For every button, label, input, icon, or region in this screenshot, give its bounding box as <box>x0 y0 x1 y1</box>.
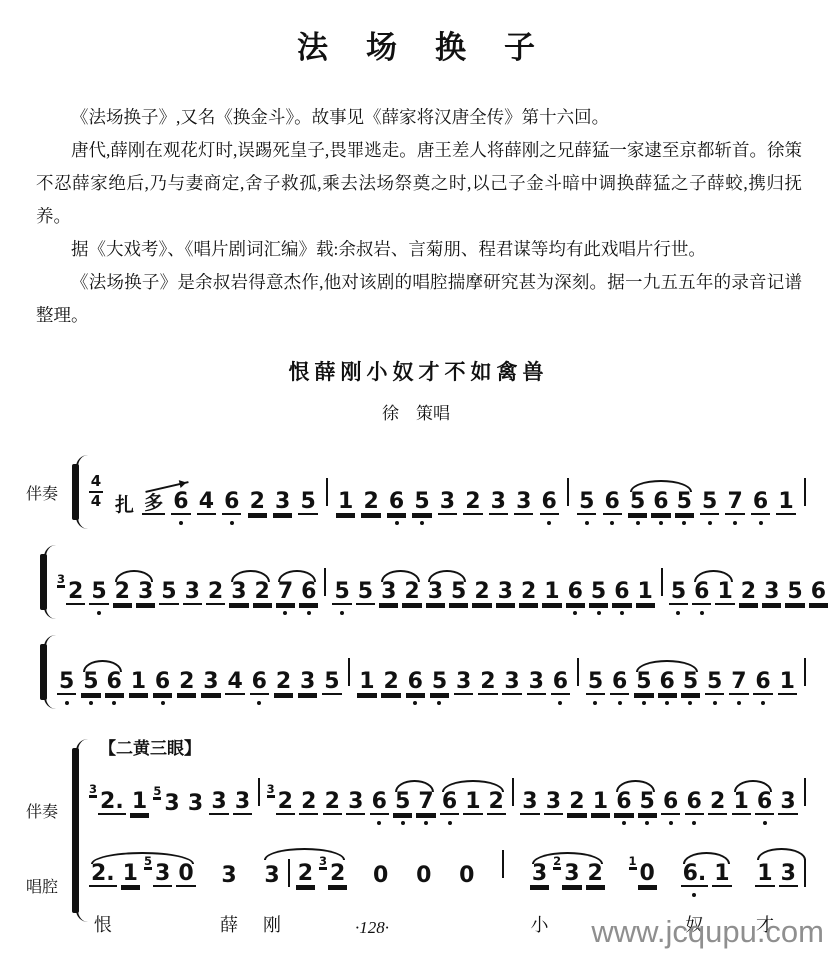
note: 3 <box>379 581 398 605</box>
note-glyph: 5 <box>89 581 108 605</box>
note-glyph: 3 <box>136 581 155 605</box>
accompaniment-label: 伴奏 <box>26 481 70 504</box>
note-glyph: 3 <box>544 791 563 815</box>
music-system-2: 325235323276553235232165615612356323276 <box>26 554 810 610</box>
note-glyph: 6 <box>370 791 389 815</box>
note-glyph: 5 <box>785 581 804 605</box>
note: 6 <box>171 491 190 515</box>
note: 3 <box>233 791 252 815</box>
note: 6 <box>222 491 241 515</box>
low-octave-dot <box>761 701 765 705</box>
low-octave-dot <box>620 611 624 615</box>
music-system-3: 556162346235126532336565655761 <box>26 644 810 700</box>
note-glyph: 1 <box>715 581 734 605</box>
note-glyph: 7 <box>725 491 744 515</box>
intro-paragraph: 《法场换子》是余叔岩得意杰作,他对该剧的唱腔揣摩研究甚为深刻。据一九五五年的录音… <box>36 266 802 332</box>
note-glyph: 6 <box>171 491 190 515</box>
note: 1 <box>357 671 376 695</box>
note: 6 <box>299 581 318 605</box>
note: 53 <box>153 793 181 815</box>
note: 2 <box>253 581 272 605</box>
note-glyph: 6 <box>440 791 459 815</box>
note: 6 <box>250 671 269 695</box>
low-octave-dot <box>676 611 680 615</box>
note: 6 <box>406 671 425 695</box>
note-glyph: 6. <box>681 863 709 887</box>
note: 6 <box>540 491 559 515</box>
note-glyph: 0 <box>457 865 476 887</box>
low-octave-dot <box>688 701 692 705</box>
note: 扎 <box>113 496 136 515</box>
low-octave-dot <box>713 701 717 705</box>
note: 1 <box>463 791 482 815</box>
note-glyph: 2 <box>487 791 506 815</box>
note-glyph: 7 <box>276 581 295 605</box>
note-glyph: 3 <box>527 671 546 695</box>
note-glyph: 6 <box>540 491 559 515</box>
note-glyph: 3 <box>183 581 202 605</box>
note-glyph: 3 <box>438 491 457 515</box>
note-glyph: 2 <box>253 581 272 605</box>
time-signature: 4 4 <box>89 474 103 510</box>
low-octave-dot <box>737 701 741 705</box>
note: 3刚 <box>262 865 281 887</box>
note-glyph: 5 <box>159 581 178 605</box>
note-glyph: 0 <box>371 865 390 887</box>
low-octave-dot <box>763 821 767 825</box>
barline <box>804 478 806 506</box>
note-glyph: 3 <box>229 581 248 605</box>
note-glyph: 3 <box>514 491 533 515</box>
note-glyph: 6 <box>299 581 318 605</box>
note: 7 <box>276 581 295 605</box>
note: 4 <box>225 671 244 695</box>
note: 3 <box>426 581 445 605</box>
low-octave-dot <box>669 821 673 825</box>
note-glyph: 0 <box>638 863 657 887</box>
slur-group: 56 <box>79 671 126 695</box>
note-glyph: 3 <box>426 581 445 605</box>
note-glyph: 3 <box>502 671 521 695</box>
note: 5 <box>681 671 700 695</box>
low-octave-dot <box>665 701 669 705</box>
note: 6 <box>651 491 670 515</box>
time-signature-bottom: 4 <box>91 494 101 510</box>
staff-labels: 伴奏 唱腔 <box>26 799 70 897</box>
barline <box>661 568 663 596</box>
note-glyph: 6 <box>685 791 704 815</box>
notation-row: 556162346235126532336565655761 <box>55 649 810 695</box>
note: 6 <box>809 581 828 605</box>
note-glyph: 6 <box>153 671 172 695</box>
mode-label: 【二黄三眼】 <box>99 734 810 759</box>
note: 6 <box>387 491 406 515</box>
note-glyph: 6 <box>603 491 622 515</box>
note-glyph: 5 <box>700 491 719 515</box>
note: 3 <box>438 491 457 515</box>
note-glyph: 6 <box>809 581 828 605</box>
barline <box>577 658 579 686</box>
note-glyph: 4 <box>225 671 244 695</box>
slur-group: 2.恨1530 <box>87 863 198 887</box>
note: 0 <box>176 863 195 887</box>
slur-group: 612 <box>438 791 508 815</box>
accompaniment-notation-row: 32.15333332223657612332165662163 <box>87 769 810 815</box>
note: 5 <box>705 671 724 695</box>
low-octave-dot <box>645 821 649 825</box>
note: 2 <box>323 791 342 815</box>
note: 5 <box>356 581 375 605</box>
intro-text: 《法场换子》,又名《换金斗》。故事见《薛家将汉唐全传》第十六回。 唐代,薛刚在观… <box>36 101 802 332</box>
note: 53 <box>144 863 172 887</box>
low-octave-dot <box>420 521 424 525</box>
note: 3 <box>454 671 473 695</box>
note: 3 <box>136 581 155 605</box>
note: 4 <box>197 491 216 515</box>
note: 多 <box>142 494 165 515</box>
note: 2 <box>113 581 132 605</box>
note-glyph: 5 <box>638 791 657 815</box>
note-glyph: 3 <box>209 791 228 815</box>
note-glyph: 5 <box>634 671 653 695</box>
note-glyph: 7 <box>416 791 435 815</box>
note-glyph: 2 <box>739 581 758 605</box>
slur-group: 23 <box>111 581 158 605</box>
music-system-4: 伴奏 唱腔 【二黄三眼】 32.153333322236576123321656… <box>26 734 810 927</box>
note: 3 <box>779 863 798 887</box>
barline <box>258 778 260 806</box>
note: 1 <box>715 581 734 605</box>
low-octave-dot <box>708 521 712 525</box>
note: 5 <box>89 581 108 605</box>
notation-row: 扎多646235126532336565655761 <box>111 469 810 515</box>
note-glyph: 2 <box>206 581 225 605</box>
note-glyph: 3 <box>186 793 205 815</box>
note-glyph: 6 <box>614 791 633 815</box>
note-glyph: 2 <box>299 791 318 815</box>
note: 5 <box>577 491 596 515</box>
note-glyph: 1 <box>336 491 355 515</box>
low-octave-dot <box>692 893 696 897</box>
note: 0 <box>371 865 390 887</box>
slur-group: 65 <box>612 791 659 815</box>
note-glyph: 1 <box>357 671 376 695</box>
note: 5 <box>700 491 719 515</box>
note: 1 <box>636 581 655 605</box>
note-glyph: 5 <box>356 581 375 605</box>
note-glyph: 6 <box>692 581 711 605</box>
low-octave-dot <box>413 701 417 705</box>
note-glyph: 3 <box>779 863 798 887</box>
note: 5 <box>393 791 412 815</box>
note-glyph: 2 <box>177 671 196 695</box>
note: 3 <box>502 671 521 695</box>
system-brace <box>40 644 47 700</box>
note: 1 <box>778 671 797 695</box>
slur-group: 61 <box>690 581 737 605</box>
grace-note: 3 <box>89 784 97 797</box>
note: 5 <box>412 491 431 515</box>
note: 6 <box>658 671 677 695</box>
note-glyph: 1 <box>755 863 774 887</box>
note-glyph: 2 <box>381 671 400 695</box>
note-glyph: 5 <box>705 671 724 695</box>
note: 1 <box>121 863 140 887</box>
bottom-rows: 【二黄三眼】 32.15333332223657612332165662163 … <box>87 734 810 927</box>
note: 3 <box>183 581 202 605</box>
note: 32 <box>267 791 295 815</box>
note: 2 <box>296 863 315 887</box>
intro-paragraph: 唐代,薛刚在观花灯时,误踢死皇子,畏罪逃走。唐王差人将薛刚之兄薛猛一家逮至京都斩… <box>36 134 802 233</box>
low-octave-dot <box>622 821 626 825</box>
note-glyph: 6 <box>658 671 677 695</box>
note-glyph: 6 <box>406 671 425 695</box>
note-glyph: 2. <box>89 863 117 887</box>
low-octave-dot <box>618 701 622 705</box>
note: 5 <box>675 491 694 515</box>
note: 2 <box>274 671 293 695</box>
note: 3 <box>496 581 515 605</box>
note: 2 <box>361 491 380 515</box>
lyric-syllable: 小 <box>531 911 549 937</box>
intro-paragraph: 据《大戏考》、《唱片剧词汇编》载:余叔岩、言菊朋、程君谋等均有此戏唱片行世。 <box>36 233 802 266</box>
note: 6 <box>753 671 772 695</box>
low-octave-dot <box>448 821 452 825</box>
note: 2 <box>586 863 605 887</box>
grace-note: 1 <box>629 856 637 869</box>
note-glyph: 2 <box>472 581 491 605</box>
note-glyph: 3 <box>520 791 539 815</box>
note-glyph: 3 <box>762 581 781 605</box>
note-glyph: 5 <box>332 581 351 605</box>
low-octave-dot <box>395 521 399 525</box>
note: 5 <box>298 491 317 515</box>
note-glyph: 5 <box>449 581 468 605</box>
note: 5 <box>81 671 100 695</box>
note: 6 <box>603 491 622 515</box>
note: 3 <box>778 791 797 815</box>
note-glyph: 3 <box>262 865 281 887</box>
note-glyph: 1 <box>121 863 140 887</box>
note-glyph: 1 <box>463 791 482 815</box>
grace-note: 5 <box>153 786 161 799</box>
note-glyph: 1 <box>712 863 731 887</box>
low-octave-dot <box>230 521 234 525</box>
low-octave-dot <box>283 611 287 615</box>
low-octave-dot <box>547 521 551 525</box>
note: 6 <box>551 671 570 695</box>
note: 6 <box>153 671 172 695</box>
low-octave-dot <box>307 611 311 615</box>
note: 6 <box>566 581 585 605</box>
note-glyph: 3 <box>454 671 473 695</box>
slur-group: 3小232 <box>528 863 607 887</box>
note-glyph: 3 <box>778 791 797 815</box>
low-octave-dot <box>89 701 93 705</box>
slur-group: 16 <box>730 791 777 815</box>
accompaniment-label: 伴奏 <box>26 799 70 822</box>
note: 6.奴 <box>681 863 709 887</box>
barline <box>567 478 569 506</box>
note: 7 <box>416 791 435 815</box>
note-glyph: 5 <box>577 491 596 515</box>
note-glyph: 2 <box>66 581 85 605</box>
low-octave-dot <box>636 521 640 525</box>
note: 3 <box>762 581 781 605</box>
note-glyph: 2 <box>361 491 380 515</box>
note: 2 <box>472 581 491 605</box>
slur-group: 565 <box>632 671 702 695</box>
slur-group: 1才3 <box>753 859 810 887</box>
note: 1 <box>542 581 561 605</box>
note-glyph: 5 <box>430 671 449 695</box>
note: 2 <box>708 791 727 815</box>
note: 2.恨 <box>89 863 117 887</box>
note: 6 <box>610 671 629 695</box>
note: 2 <box>519 581 538 605</box>
note-glyph: 3 <box>233 791 252 815</box>
low-octave-dot <box>437 701 441 705</box>
note: 1 <box>130 791 149 815</box>
low-octave-dot <box>610 521 614 525</box>
music-system-1: 伴奏 4 4 扎多646235126532336565655761 <box>26 464 810 520</box>
low-octave-dot <box>257 701 261 705</box>
page-number: ·128· <box>355 918 389 938</box>
note-glyph: 6 <box>566 581 585 605</box>
lyric-syllable: 恨 <box>94 911 112 937</box>
note: 3 <box>273 491 292 515</box>
note-glyph: 0 <box>176 863 195 887</box>
note-glyph: 1 <box>636 581 655 605</box>
note-glyph: 7 <box>729 671 748 695</box>
low-octave-dot <box>377 821 381 825</box>
note-glyph: 1 <box>130 791 149 815</box>
note: 2 <box>402 581 421 605</box>
note: 6 <box>105 671 124 695</box>
slur-group: 35 <box>424 581 471 605</box>
system-brace <box>40 554 47 610</box>
vocal-label: 唱腔 <box>26 874 70 897</box>
slur-group: 76 <box>274 581 321 605</box>
grace-note: 2 <box>553 856 561 869</box>
note-glyph: 2 <box>296 863 315 887</box>
note-glyph: 3 <box>489 491 508 515</box>
low-octave-dot <box>682 521 686 525</box>
note-glyph: 2 <box>708 791 727 815</box>
note-glyph: 5 <box>412 491 431 515</box>
low-octave-dot <box>112 701 116 705</box>
note-glyph: 6 <box>751 491 770 515</box>
slur-group: 565 <box>626 491 696 515</box>
note: 5 <box>449 581 468 605</box>
score-page: 法场换子 《法场换子》,又名《换金斗》。故事见《薛家将汉唐全传》第十六回。 唐代… <box>0 0 832 954</box>
note: 1 <box>732 791 751 815</box>
note: 3 <box>201 671 220 695</box>
note: 5 <box>430 671 449 695</box>
note-glyph: 6 <box>105 671 124 695</box>
note-glyph: 2. <box>98 791 126 815</box>
note-glyph: 3 <box>496 581 515 605</box>
time-signature-top: 4 <box>91 474 101 490</box>
note: 7 <box>729 671 748 695</box>
note-glyph: 3 <box>346 791 365 815</box>
note: 3小 <box>530 863 549 887</box>
note: 3薛 <box>219 865 238 887</box>
note-glyph: 5 <box>669 581 688 605</box>
low-octave-dot <box>597 611 601 615</box>
note: 2 <box>478 671 497 695</box>
note: 1才 <box>755 863 774 887</box>
note-glyph: 3 <box>201 671 220 695</box>
note: 6 <box>661 791 680 815</box>
slur-group: 32 <box>227 581 274 605</box>
note: 6 <box>755 791 774 815</box>
note: 3 <box>514 491 533 515</box>
note-glyph: 6 <box>387 491 406 515</box>
note: 2 <box>487 791 506 815</box>
note: 1 <box>712 863 731 887</box>
note-glyph: 6 <box>612 581 631 605</box>
note: 5 <box>785 581 804 605</box>
note: 3 <box>489 491 508 515</box>
note-glyph: 6 <box>755 791 774 815</box>
note: 23 <box>553 863 581 887</box>
note-glyph: 3 <box>162 793 181 815</box>
note: 5 <box>634 671 653 695</box>
note-glyph: 2 <box>323 791 342 815</box>
note-glyph: 5 <box>322 671 341 695</box>
intro-paragraph: 《法场换子》,又名《换金斗》。故事见《薛家将汉唐全传》第十六回。 <box>36 101 802 134</box>
note: 0 <box>457 865 476 887</box>
grace-note: 3 <box>57 574 65 587</box>
note: 32 <box>319 863 347 887</box>
barline <box>324 568 326 596</box>
low-octave-dot <box>573 611 577 615</box>
note-glyph: 3 <box>530 863 549 887</box>
note-glyph: 3 <box>298 671 317 695</box>
grace-note: 3 <box>319 856 327 869</box>
barline <box>804 658 806 686</box>
note: 6 <box>614 791 633 815</box>
note: 10 <box>629 863 657 887</box>
lyric-syllable: 薛 <box>220 911 238 937</box>
low-octave-dot <box>424 821 428 825</box>
note: 1 <box>336 491 355 515</box>
note: 6 <box>751 491 770 515</box>
note-glyph: 3 <box>379 581 398 605</box>
note: 6 <box>440 791 459 815</box>
note: 3 <box>298 671 317 695</box>
grace-note: 5 <box>144 856 152 869</box>
barline <box>326 478 328 506</box>
slur-group: 57 <box>391 791 438 815</box>
low-octave-dot <box>593 701 597 705</box>
system-brace <box>72 464 79 520</box>
note: 2 <box>248 491 267 515</box>
notation-area: 伴奏 4 4 扎多646235126532336565655761 325235… <box>26 464 810 927</box>
note-glyph: 2 <box>567 791 586 815</box>
note: 1 <box>591 791 610 815</box>
note: 6 <box>685 791 704 815</box>
note: 2 <box>206 581 225 605</box>
note: 3 <box>209 791 228 815</box>
note-glyph: 1 <box>778 671 797 695</box>
singer-credit: 徐 策唱 <box>0 399 832 424</box>
note-glyph: 6 <box>551 671 570 695</box>
low-octave-dot <box>97 611 101 615</box>
slur-group: 6.奴1 <box>679 863 734 887</box>
note: 32. <box>89 791 126 815</box>
